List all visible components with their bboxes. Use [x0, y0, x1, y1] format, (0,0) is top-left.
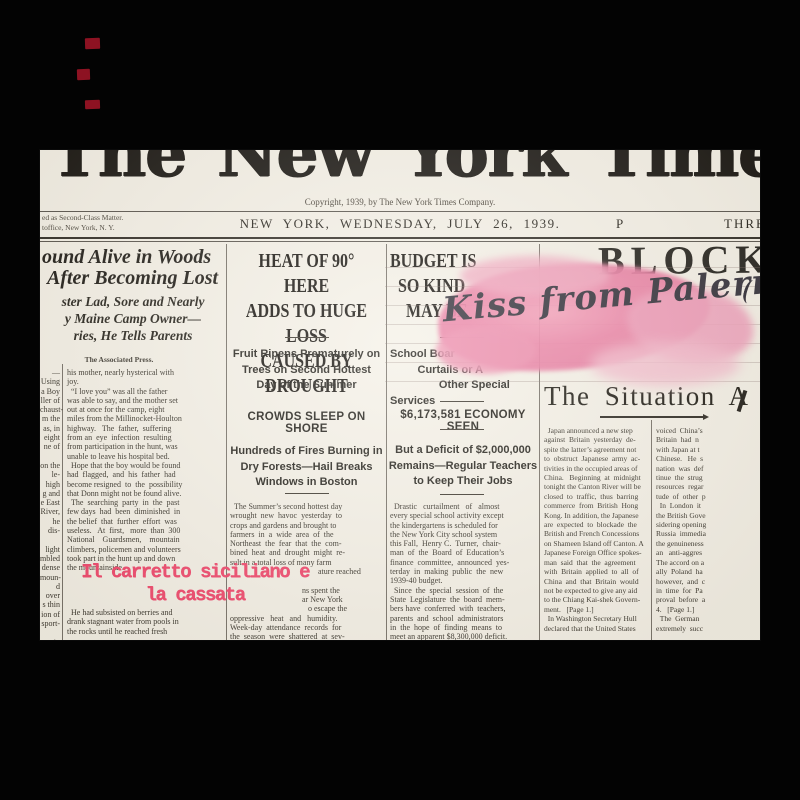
sicilian-caption: Il carretto siciliano e la cassata	[70, 561, 320, 606]
budget-deck-1: School Boar Curtails or A Other Special …	[390, 347, 537, 409]
lostboy-cut-fragments: —Using a Boy ller of chaust- m the as, i…	[40, 368, 60, 640]
red-stamp-mark-1	[85, 38, 100, 50]
copyright-line: Copyright, 1939, by The New York Times C…	[40, 197, 760, 207]
heat-deck-1: Fruit Ripens Prematurely on Trees on Sec…	[228, 347, 385, 394]
price-text: THREE	[724, 216, 760, 232]
budget-deck-2: But a Deficit of $2,000,000 Remains—Regu…	[388, 443, 538, 490]
dateline: NEW YORK, WEDNESDAY, JULY 26, 1939.	[40, 216, 760, 232]
budget-body: Drastic curtailment of almost every spec…	[390, 502, 538, 640]
newspaper-title: The New York Times.	[50, 150, 710, 189]
situation-rule	[600, 416, 704, 418]
edition-letter: P	[616, 216, 623, 232]
budget-rule-2	[440, 401, 484, 402]
red-stamp-mark-2	[77, 69, 90, 80]
heat-rule-1	[285, 337, 329, 338]
heat-rule-2	[285, 493, 329, 494]
heat-deck-2: Hundreds of Fires Burning in Dry Forests…	[228, 444, 385, 491]
budget-rule-4	[440, 494, 484, 495]
situation-headline: The Situation A	[544, 381, 750, 412]
budget-rule-3	[440, 429, 484, 430]
rule-arrow-tip	[703, 414, 709, 420]
lostboy-subhead: ster Lad, Sore and Nearly y Maine Camp O…	[40, 293, 226, 344]
heat-crosshead: CROWDS SLEEP ON SHORE	[228, 411, 385, 435]
situation-body-left: Japan announced a new step against Brita…	[544, 426, 649, 633]
lostboy-headline: ound Alive in Woods After Becoming Lost	[42, 247, 226, 289]
rule-under-copyright	[40, 211, 760, 212]
column-rule-2	[386, 244, 387, 640]
lostboy-body: his mother, nearly hysterical with joy. …	[67, 368, 225, 573]
column-rule-inner-right	[651, 420, 652, 640]
newspaper-page: The New York Times. Copyright, 1939, by …	[40, 150, 760, 640]
red-stamp-mark-3	[85, 100, 100, 110]
budget-rule-1	[440, 337, 484, 338]
lostboy-body-continued: He had subsisted on berries and drank st…	[67, 608, 225, 636]
photo-canvas: The New York Times. Copyright, 1939, by …	[0, 0, 800, 800]
splash-blob-bottom	[590, 342, 740, 386]
situation-body-right: voiced China’s Britain had n with Japan …	[656, 426, 760, 633]
lostboy-byline: The Associated Press.	[44, 355, 194, 364]
